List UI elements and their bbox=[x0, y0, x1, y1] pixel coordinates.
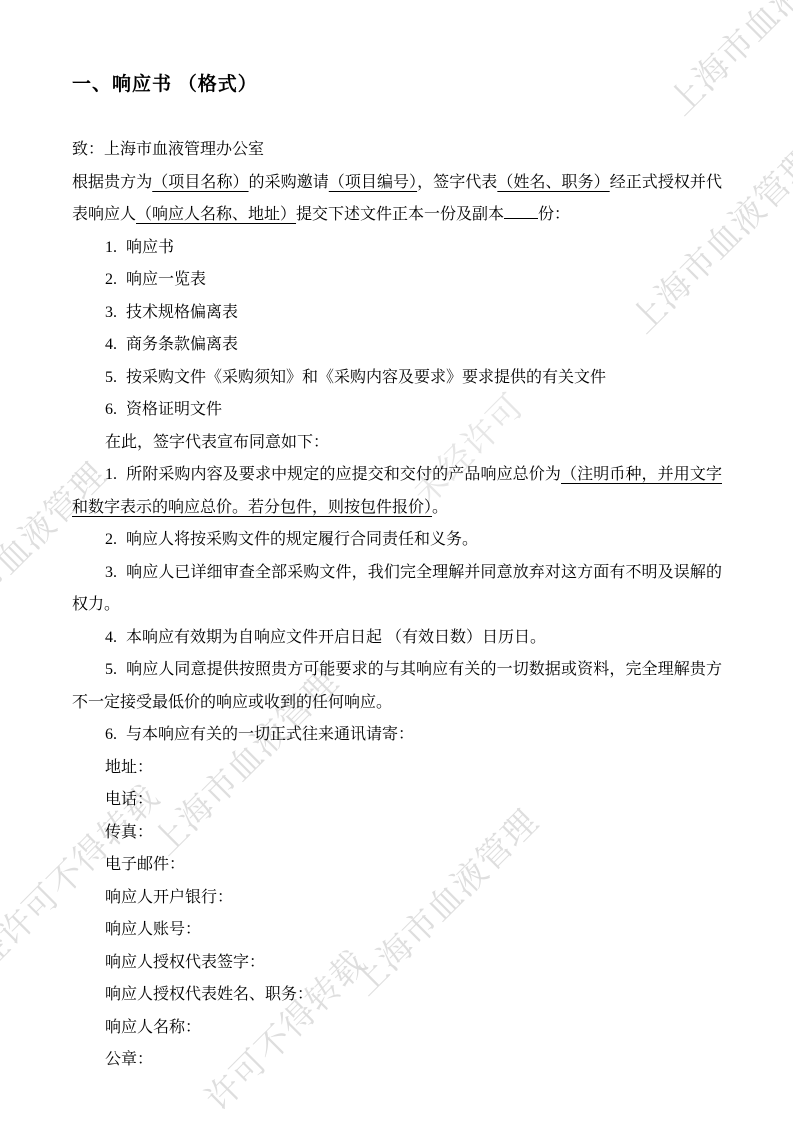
agreement-text: 响应人已详细审查全部采购文件，我们完全理解并同意放弃对这方面有不明及误解的权力。 bbox=[72, 564, 722, 614]
intro-paragraph: 根据贵方为（项目名称）的采购邀请（项目编号），签字代表（姓名、职务）经正式授权并… bbox=[72, 167, 722, 232]
list-number: 2. bbox=[105, 271, 117, 288]
list-number: 6. bbox=[105, 726, 117, 743]
list-item: 4.商务条款偏离表 bbox=[72, 329, 722, 362]
contact-field-signature: 响应人授权代表签字： bbox=[72, 947, 722, 980]
list-number: 5. bbox=[105, 369, 117, 386]
agreement-text: 本响应有效期为自响应文件开启日起 （有效日数）日历日。 bbox=[126, 629, 546, 646]
project-name-blank: （项目名称） bbox=[152, 174, 248, 191]
declare-intro-line: 在此，签字代表宣布同意如下： bbox=[72, 427, 722, 460]
contact-field-bank: 响应人开户银行： bbox=[72, 882, 722, 915]
list-number: 5. bbox=[105, 661, 117, 678]
respondent-blank: （响应人名称、地址） bbox=[136, 206, 296, 223]
contact-field-fax: 传真： bbox=[72, 817, 722, 850]
agreement-item: 5.响应人同意提供按照贵方可能要求的与其响应有关的一切数据或资料，完全理解贵方不… bbox=[72, 654, 722, 719]
list-item-label: 响应书 bbox=[126, 239, 174, 256]
list-item: 5.按采购文件《采购须知》和《采购内容及要求》要求提供的有关文件 bbox=[72, 362, 722, 395]
agreement-item: 4.本响应有效期为自响应文件开启日起 （有效日数）日历日。 bbox=[72, 622, 722, 655]
document-list: 1.响应书 2.响应一览表 3.技术规格偏离表 4.商务条款偏离表 5.按采购文… bbox=[72, 232, 722, 427]
copies-count-blank bbox=[504, 203, 538, 219]
list-number: 3. bbox=[105, 304, 117, 321]
list-number: 6. bbox=[105, 401, 117, 418]
agreement-text: 响应人将按采购文件的规定履行合同责任和义务。 bbox=[126, 531, 478, 548]
list-item: 3.技术规格偏离表 bbox=[72, 297, 722, 330]
list-item: 2.响应一览表 bbox=[72, 264, 722, 297]
contact-field-account: 响应人账号： bbox=[72, 914, 722, 947]
list-item-label: 技术规格偏离表 bbox=[126, 304, 238, 321]
agreement-item: 3.响应人已详细审查全部采购文件，我们完全理解并同意放弃对这方面有不明及误解的权… bbox=[72, 557, 722, 622]
contact-field-seal: 公章： bbox=[72, 1044, 722, 1077]
intro-segment: 提交下述文件正本一份及副本 bbox=[296, 206, 504, 223]
contact-field-address: 地址： bbox=[72, 752, 722, 785]
contact-block: 地址： 电话： 传真： 电子邮件： 响应人开户银行： 响应人账号： 响应人授权代… bbox=[72, 752, 722, 1077]
representative-blank: （姓名、职务） bbox=[497, 174, 609, 191]
agreement-item: 2.响应人将按采购文件的规定履行合同责任和义务。 bbox=[72, 524, 722, 557]
agreement-text: 与本响应有关的一切正式往来通讯请寄： bbox=[126, 726, 414, 743]
list-item-label: 商务条款偏离表 bbox=[126, 336, 238, 353]
document-page: 上海市血液管理 上海市血液管理办 上海市血液管理 上海市血液管理 未经许可不得转… bbox=[0, 0, 793, 1122]
agreement-text: 所附采购内容及要求中规定的应提交和交付的产品响应总价为 bbox=[126, 466, 561, 483]
list-item-label: 资格证明文件 bbox=[126, 401, 222, 418]
list-number: 3. bbox=[105, 564, 117, 581]
list-item: 1.响应书 bbox=[72, 232, 722, 265]
page-title: 一、响应书 （格式） bbox=[72, 72, 722, 98]
list-number: 1. bbox=[105, 466, 117, 483]
salutation-line: 致：上海市血液管理办公室 bbox=[72, 134, 722, 167]
intro-segment: ，签字代表 bbox=[417, 174, 497, 191]
list-number: 2. bbox=[105, 531, 117, 548]
intro-segment: 的采购邀请 bbox=[249, 174, 329, 191]
list-item-label: 响应一览表 bbox=[126, 271, 206, 288]
agreement-item: 6.与本响应有关的一切正式往来通讯请寄： bbox=[72, 719, 722, 752]
agreement-list: 1.所附采购内容及要求中规定的应提交和交付的产品响应总价为（注明币种，并用文字和… bbox=[72, 459, 722, 752]
document-body: 一、响应书 （格式） 致：上海市血液管理办公室 根据贵方为（项目名称）的采购邀请… bbox=[72, 72, 722, 1077]
contact-field-respondent-name: 响应人名称： bbox=[72, 1012, 722, 1045]
agreement-item: 1.所附采购内容及要求中规定的应提交和交付的产品响应总价为（注明币种，并用文字和… bbox=[72, 459, 722, 524]
project-number-blank: （项目编号） bbox=[329, 174, 417, 191]
list-item: 6.资格证明文件 bbox=[72, 394, 722, 427]
intro-segment: 根据贵方为 bbox=[72, 174, 152, 191]
contact-field-rep-name-title: 响应人授权代表姓名、职务： bbox=[72, 979, 722, 1012]
agreement-text: 响应人同意提供按照贵方可能要求的与其响应有关的一切数据或资料，完全理解贵方不一定… bbox=[72, 661, 722, 711]
list-number: 4. bbox=[105, 336, 117, 353]
list-item-label: 按采购文件《采购须知》和《采购内容及要求》要求提供的有关文件 bbox=[126, 369, 606, 386]
agreement-text: 。 bbox=[432, 499, 448, 516]
list-number: 4. bbox=[105, 629, 117, 646]
intro-segment: 份： bbox=[538, 206, 570, 223]
list-number: 1. bbox=[105, 239, 117, 256]
contact-field-phone: 电话： bbox=[72, 784, 722, 817]
contact-field-email: 电子邮件： bbox=[72, 849, 722, 882]
